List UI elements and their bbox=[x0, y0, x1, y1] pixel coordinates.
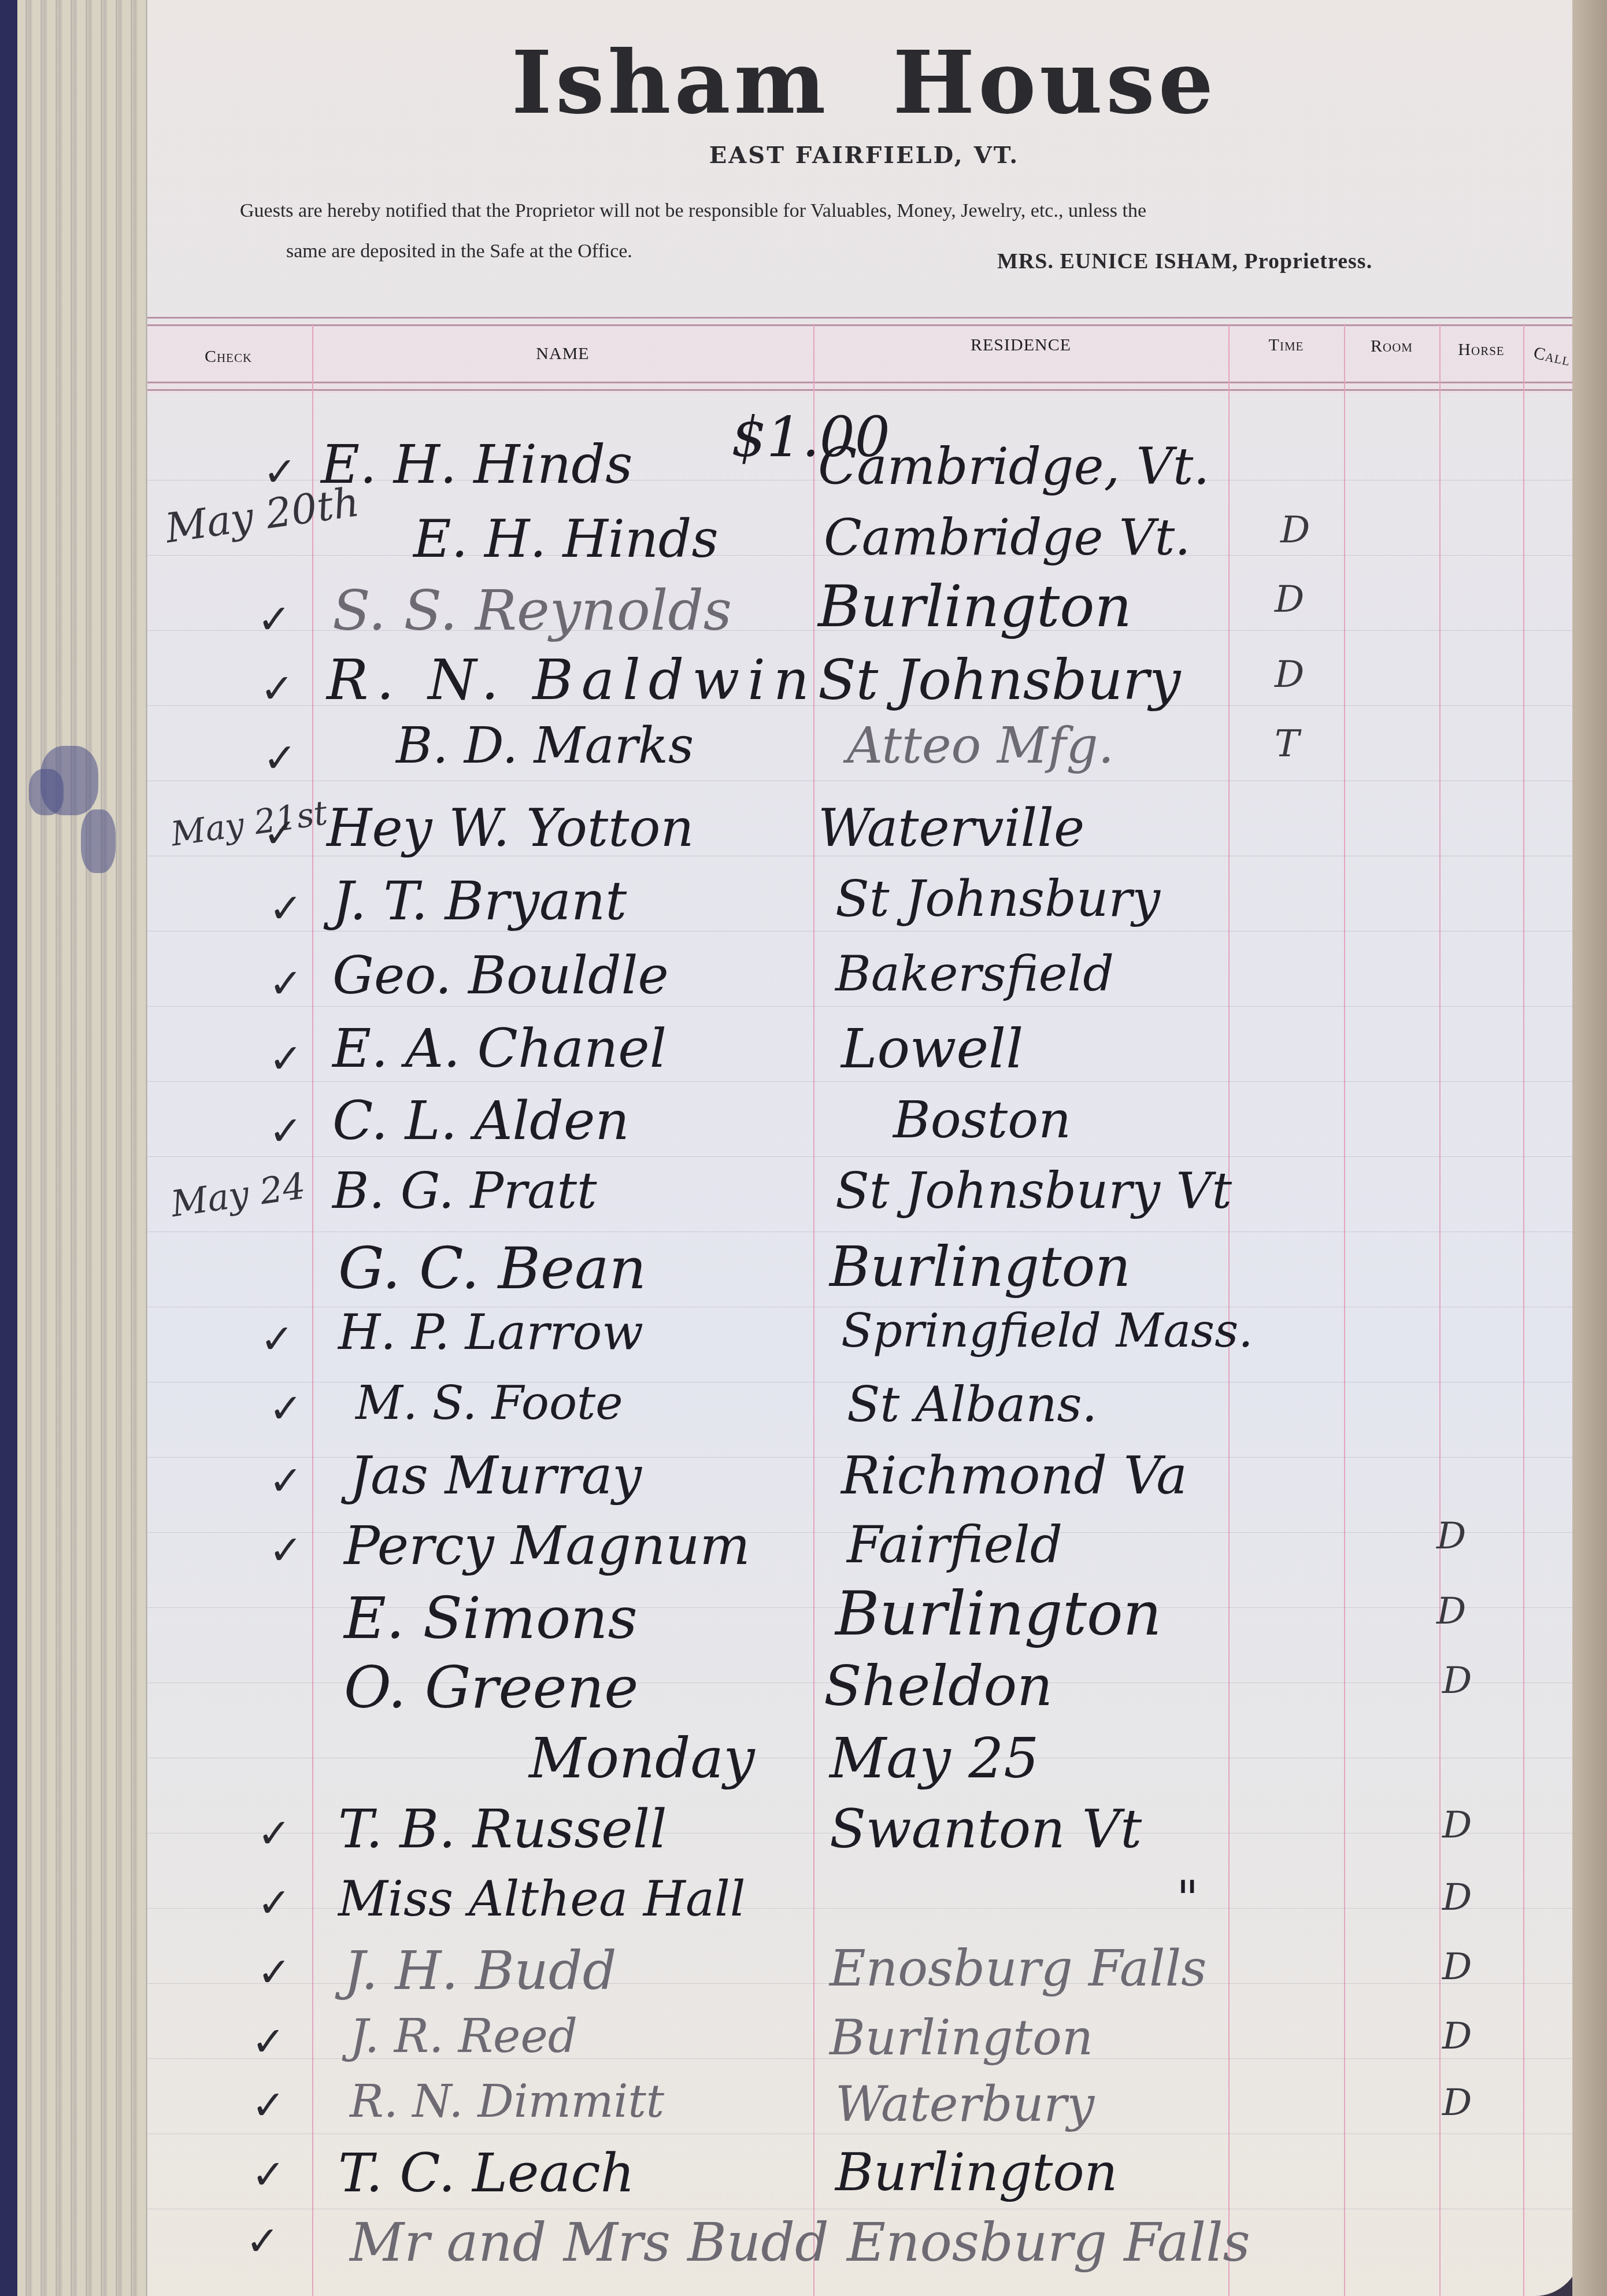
ledger-line bbox=[147, 1006, 1581, 1007]
guest-name: Mr and Mrs Budd bbox=[350, 2212, 829, 2273]
column-header-horse: Horse bbox=[1439, 340, 1523, 360]
column-divider bbox=[1344, 324, 1345, 2296]
guest-name: E. H. Hinds bbox=[413, 509, 719, 570]
time-mark: D bbox=[1442, 2081, 1472, 2124]
guest-residence: Sheldon bbox=[824, 1654, 1053, 1718]
guest-residence: Burlington bbox=[830, 2009, 1093, 2066]
guest-name: O. Greene bbox=[344, 1654, 638, 1721]
guest-residence: Boston bbox=[893, 1090, 1071, 1149]
guest-name: E. A. Chanel bbox=[332, 1018, 667, 1079]
column-header-room: Room bbox=[1344, 337, 1439, 356]
check-mark-icon: ✓ bbox=[257, 596, 291, 643]
time-mark: D bbox=[1275, 578, 1304, 621]
check-mark-icon: ✓ bbox=[260, 665, 294, 712]
guest-residence: Cambridge, Vt. bbox=[818, 437, 1209, 496]
date-heading-day: Monday bbox=[529, 1726, 755, 1791]
check-mark-icon: ✓ bbox=[269, 1385, 303, 1432]
guest-residence: Fairfield bbox=[847, 1515, 1062, 1574]
location: EAST FAIRFIELD, VT. bbox=[147, 142, 1581, 169]
check-mark-icon: ✓ bbox=[263, 734, 297, 782]
time-mark: D bbox=[1442, 1876, 1472, 1919]
guest-residence: Burlington bbox=[830, 1234, 1131, 1299]
ledger-line bbox=[147, 2209, 1581, 2209]
guest-residence: Springfield Mass. bbox=[841, 1304, 1253, 1358]
ink-stain bbox=[81, 809, 116, 873]
column-divider bbox=[1523, 324, 1524, 2296]
guest-name: B. G. Pratt bbox=[332, 1162, 597, 1220]
guest-name: J. T. Bryant bbox=[332, 870, 627, 932]
column-divider bbox=[813, 324, 814, 2296]
guest-name: R. N. Dimmitt bbox=[350, 2076, 664, 2128]
guest-name: T. C. Leach bbox=[338, 2142, 635, 2204]
guest-name: C. L. Alden bbox=[332, 1090, 630, 1152]
guest-name: G. C. Bean bbox=[338, 1234, 646, 1302]
column-divider bbox=[1439, 324, 1441, 2296]
column-header-name: NAME bbox=[312, 344, 813, 364]
guest-name: Miss Althea Hall bbox=[338, 1870, 746, 1927]
check-mark-icon: ✓ bbox=[260, 1315, 294, 1363]
check-mark-icon: ✓ bbox=[269, 1457, 303, 1504]
check-mark-icon: ✓ bbox=[263, 448, 297, 496]
time-mark: T bbox=[1275, 723, 1299, 766]
guest-residence: Enosburg Falls bbox=[847, 2212, 1250, 2273]
guest-residence: St Johnsbury bbox=[818, 648, 1180, 712]
guest-name: Hey W. Yotton bbox=[327, 798, 694, 859]
guest-residence: " bbox=[1176, 1870, 1199, 1927]
guest-residence: Waterbury bbox=[835, 2076, 1094, 2132]
proprietress: MRS. EUNICE ISHAM, Proprietress. bbox=[997, 249, 1372, 274]
guest-residence: Bakersfield bbox=[835, 945, 1114, 1002]
header-top-rule bbox=[147, 317, 1581, 326]
check-mark-icon: ✓ bbox=[251, 2018, 286, 2065]
check-mark-icon: ✓ bbox=[269, 885, 303, 932]
ledger-line bbox=[147, 2134, 1581, 2134]
margin-date: May 24 bbox=[168, 1164, 308, 1225]
book-cover-left bbox=[0, 0, 18, 2296]
notice-line-1: Guests are hereby notified that the Prop… bbox=[240, 191, 1535, 231]
guest-residence: Burlington bbox=[835, 2142, 1118, 2203]
check-mark-icon: ✓ bbox=[269, 960, 303, 1007]
guest-residence: Lowell bbox=[841, 1018, 1023, 1081]
ledger-line bbox=[147, 1156, 1581, 1157]
guest-residence: St Johnsbury bbox=[835, 870, 1160, 928]
date-heading-date: May 25 bbox=[830, 1726, 1039, 1791]
check-mark-icon: ✓ bbox=[257, 1949, 291, 1996]
time-mark: D bbox=[1275, 653, 1304, 696]
guest-name: Jas Murray bbox=[350, 1445, 642, 1506]
guest-residence: St Albans. bbox=[847, 1376, 1097, 1433]
guest-name: Percy Magnum bbox=[344, 1515, 750, 1577]
column-header-residence: RESIDENCE bbox=[813, 335, 1228, 355]
guest-name: J. H. Budd bbox=[344, 1940, 617, 2002]
book-cover-right bbox=[1572, 0, 1607, 2296]
time-mark: D bbox=[1436, 1515, 1466, 1558]
guest-name: E. H. Hinds bbox=[321, 434, 632, 496]
guest-name: Geo. Bouldle bbox=[332, 945, 669, 1006]
ledger-line bbox=[147, 1081, 1581, 1082]
check-mark-icon: ✓ bbox=[269, 1526, 303, 1574]
register-page: IshamHouse EAST FAIRFIELD, VT. Guests ar… bbox=[147, 0, 1581, 2296]
check-mark-icon: ✓ bbox=[263, 809, 297, 857]
guest-name: R. N. Baldwin bbox=[327, 648, 817, 712]
check-mark-icon: ✓ bbox=[251, 2081, 286, 2129]
time-mark: D bbox=[1436, 1590, 1466, 1633]
margin-date: May 21st bbox=[169, 793, 330, 853]
check-mark-icon: ✓ bbox=[257, 1810, 291, 1857]
check-mark-icon: ✓ bbox=[246, 2217, 280, 2265]
guest-residence: Atteo Mfg. bbox=[847, 717, 1114, 775]
column-divider bbox=[312, 324, 313, 2296]
guest-name: M. S. Foote bbox=[356, 1376, 623, 1430]
guest-residence: Burlington bbox=[818, 572, 1132, 640]
guest-name: E. Simons bbox=[344, 1584, 638, 1652]
check-mark-icon: ✓ bbox=[257, 1879, 291, 1927]
ledger-line bbox=[147, 1232, 1581, 1232]
guest-name: S. S. Reynolds bbox=[332, 578, 732, 643]
guest-residence: Cambridge Vt. bbox=[824, 509, 1191, 567]
time-mark: D bbox=[1442, 2015, 1472, 2058]
guest-name: J. R. Reed bbox=[350, 2009, 577, 2063]
guest-name: H. P. Larrow bbox=[338, 1304, 643, 1360]
title-word-isham: Isham bbox=[512, 32, 830, 134]
time-mark: D bbox=[1280, 509, 1310, 552]
guest-residence: Waterville bbox=[818, 798, 1084, 859]
page-edges bbox=[17, 0, 150, 2296]
guest-name: B. D. Marks bbox=[396, 717, 694, 775]
guest-residence: Burlington bbox=[835, 1578, 1162, 1649]
guest-residence: Enosburg Falls bbox=[830, 1940, 1206, 1998]
column-header-time: Time bbox=[1228, 335, 1344, 355]
ink-stain bbox=[29, 769, 64, 815]
time-mark: D bbox=[1442, 1659, 1472, 1702]
check-mark-icon: ✓ bbox=[269, 1035, 303, 1082]
time-mark: D bbox=[1442, 1804, 1472, 1847]
guest-residence: Richmond Va bbox=[841, 1445, 1187, 1506]
ledger-line bbox=[147, 781, 1581, 781]
guest-name: T. B. Russell bbox=[338, 1798, 667, 1860]
time-mark: D bbox=[1442, 1946, 1472, 1988]
column-header-check: Check bbox=[171, 347, 286, 367]
check-mark-icon: ✓ bbox=[251, 2151, 286, 2198]
title-word-house: House bbox=[893, 32, 1217, 134]
page-title: IshamHouse bbox=[147, 32, 1581, 134]
check-mark-icon: ✓ bbox=[269, 1107, 303, 1155]
guest-residence: St Johnsbury Vt bbox=[835, 1162, 1232, 1220]
header-bottom-rule bbox=[147, 382, 1581, 391]
guest-residence: Swanton Vt bbox=[830, 1798, 1142, 1860]
